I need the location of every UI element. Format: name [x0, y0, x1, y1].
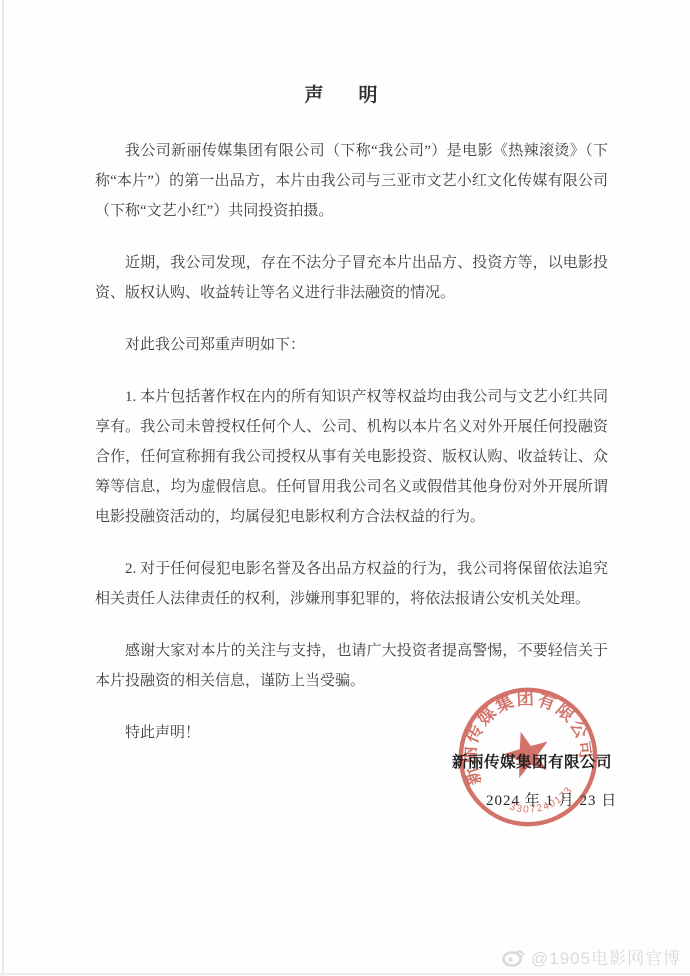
document-title: 声 明 [0, 80, 690, 107]
paper-left-edge [2, 0, 4, 976]
paragraph-thanks: 感谢大家对本片的关注与支持，也请广大投资者提高警惕，不要轻信关于本片投融资的相关… [95, 636, 608, 696]
statement-body: 我公司新丽传媒集团有限公司（下称“我公司”）是电影《热辣滚烫》（下称“本片”）的… [95, 136, 608, 770]
weibo-icon [502, 947, 526, 967]
paragraph-intro: 我公司新丽传媒集团有限公司（下称“我公司”）是电影《热辣滚烫》（下称“本片”）的… [95, 136, 608, 226]
paragraph-issue: 近期，我公司发现，存在不法分子冒充本片出品方、投资方等，以电影投资、版权认购、收… [95, 248, 608, 308]
paragraph-point-2: 2. 对于任何侵犯电影名誉及各出品方权益的行为，我公司将保留依法追究相关责任人法… [95, 554, 608, 614]
paper-bottom-edge [0, 973, 690, 975]
watermark-text: @1905电影网官博 [531, 944, 681, 969]
paragraph-closing: 特此声明！ [95, 718, 608, 748]
paragraph-point-1: 1. 本片包括著作权在内的所有知识产权等权益均由我公司与文艺小红共同享有。我公司… [95, 382, 608, 532]
statement-document-page: 声 明 我公司新丽传媒集团有限公司（下称“我公司”）是电影《热辣滚烫》（下称“本… [0, 0, 690, 976]
paragraph-declare-lead: 对此我公司郑重声明如下： [95, 330, 608, 360]
watermark: @1905电影网官博 [502, 944, 681, 969]
signature-date: 2024 年 1 月 23 日 [486, 789, 617, 810]
